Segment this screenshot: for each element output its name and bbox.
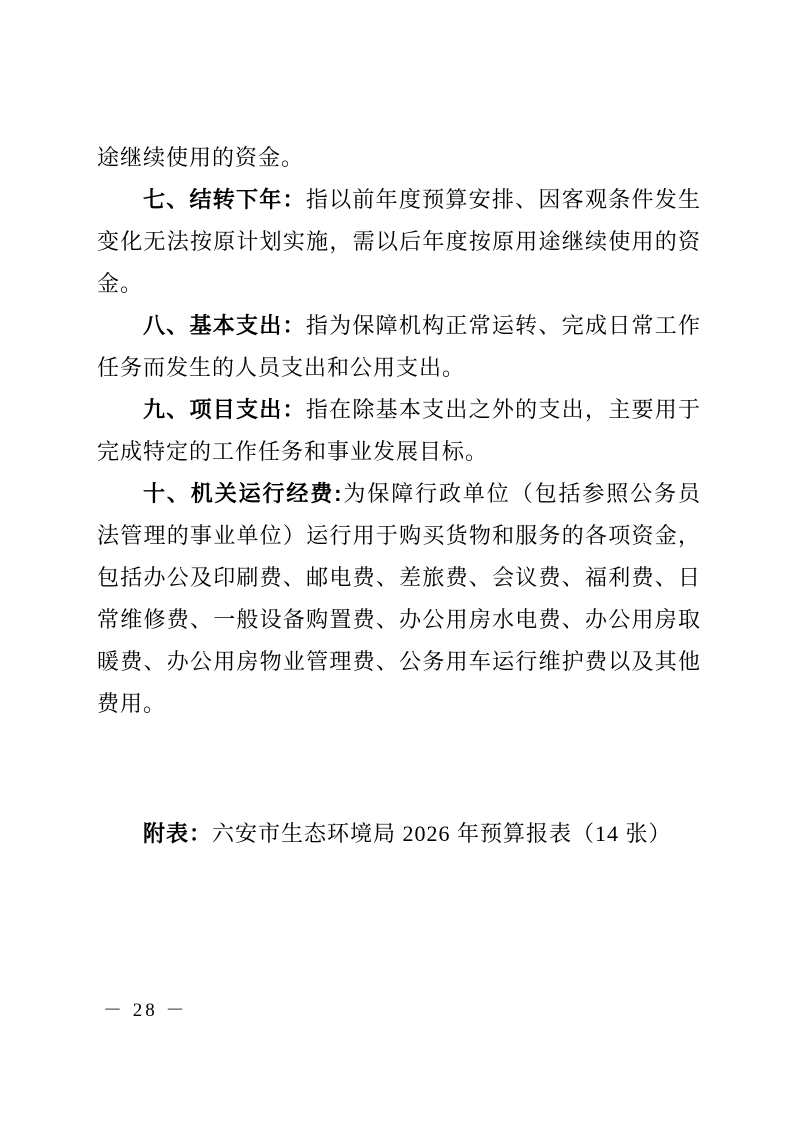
term-definition-operating-funds: 为保障行政单位（包括参照公务员法管理的事业单位）运行用于购买货物和服务的各项资金…	[97, 481, 701, 716]
term-label-carryover: 七、结转下年：	[143, 187, 306, 212]
page-number: － 28 －	[103, 995, 188, 1022]
document-body: 途继续使用的资金。 七、结转下年：指以前年度预算安排、因客观条件发生变化无法按原…	[97, 137, 701, 855]
paragraph-term-9: 九、项目支出：指在除基本支出之外的支出，主要用于完成特定的工作任务和事业发展目标…	[97, 389, 701, 473]
paragraph-term-7: 七、结转下年：指以前年度预算安排、因客观条件发生变化无法按原计划实施，需以后年度…	[97, 179, 701, 305]
paragraph-term-10: 十、机关运行经费:为保障行政单位（包括参照公务员法管理的事业单位）运行用于购买货…	[97, 473, 701, 725]
document-page: 途继续使用的资金。 七、结转下年：指以前年度预算安排、因客观条件发生变化无法按原…	[0, 0, 793, 1122]
attachment-note: 附表：六安市生态环境局 2026 年预算报表（14 张）	[97, 813, 701, 855]
term-label-operating-funds: 十、机关运行经费:	[143, 481, 343, 506]
term-label-basic-expenditure: 八、基本支出：	[143, 313, 306, 338]
attachment-text: 六安市生态环境局 2026 年预算报表（14 张）	[212, 821, 672, 846]
term-label-project-expenditure: 九、项目支出：	[143, 397, 306, 422]
attachment-label: 附表：	[143, 821, 212, 846]
paragraph-term-8: 八、基本支出：指为保障机构正常运转、完成日常工作任务而发生的人员支出和公用支出。	[97, 305, 701, 389]
paragraph-text: 途继续使用的资金。	[97, 145, 304, 170]
paragraph-continuation: 途继续使用的资金。	[97, 137, 701, 179]
